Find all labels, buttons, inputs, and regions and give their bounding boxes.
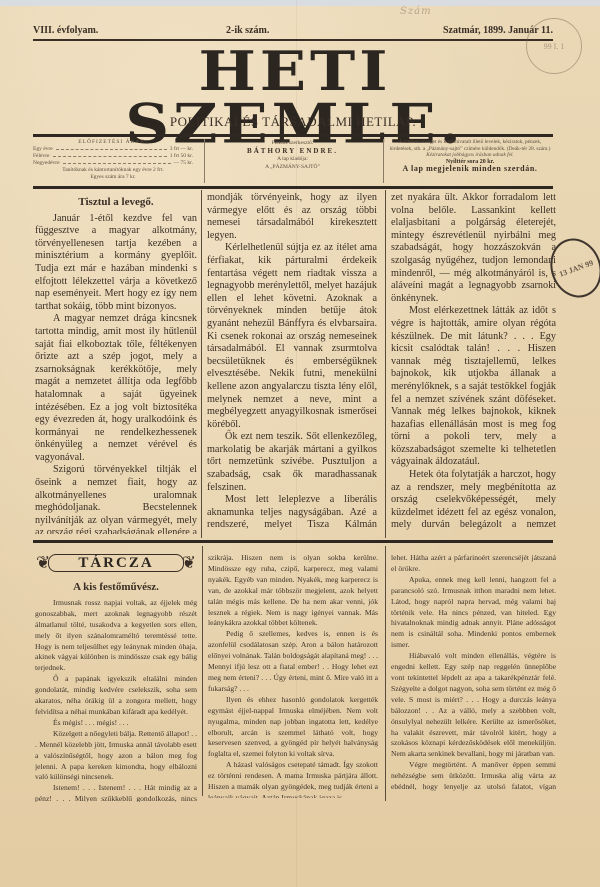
rule [33, 186, 553, 189]
issue-line: VIII. évfolyam. 2-ik szám. Szatmár, 1899… [33, 25, 553, 37]
feuilleton-column-1: A kis festőművész. Irmusnak rossz napjai… [35, 582, 197, 802]
publication-day: A lap megjelenik minden szerdán. [387, 166, 553, 173]
paragraph: Hiábavaló volt minden ellenállás, végtér… [391, 651, 556, 760]
scan-top-edge [0, 0, 600, 6]
paragraph: Apuka, ennek meg kell lenni, hangzott fe… [391, 575, 556, 651]
subscription-heading: ELŐFIZETÉSI ÁRAK: [33, 139, 193, 146]
paragraph: zet nyakára ült. Akkor forradalom lett v… [391, 192, 556, 305]
notice-box: A szerkesztőséget és kiadóhivatalt illet… [387, 139, 553, 183]
paragraph: Pedig ő szellemes, kedves is, ennen is é… [208, 629, 378, 694]
paragraph: Közelgett a nőegyleti bálja. Rettentő ál… [35, 729, 197, 784]
paragraph: mondják törvényeink, hogy az ilyen várme… [207, 192, 377, 242]
paragraph: Ők ezt nem teszik. Sőt ellenkezőleg, mar… [207, 431, 377, 494]
article-column-2: mondják törvényeink, hogy az ilyen várme… [207, 192, 377, 532]
paragraph: Kérlelhetlenül sújtja ez az ítélet ama f… [207, 242, 377, 431]
publisher-label: A lap kiadója: [205, 155, 380, 163]
editor-label: Felelős szerkesztő: [205, 139, 380, 147]
rule [33, 540, 553, 543]
paragraph: A magyar nemzet drága kincsnek tartotta … [35, 313, 197, 464]
single-copy-price: Egyes szám ára 7 kr. [33, 174, 193, 181]
price-row: Egy évre3 frt — kr. [33, 146, 193, 153]
paragraph: A házasl valóságos csetepaté támadt. Így… [208, 760, 378, 798]
editor-name: BÁTHORY ENDRE. [205, 147, 380, 155]
issue-number: 2-ik szám. [226, 25, 269, 36]
volume: VIII. évfolyam. [33, 25, 98, 36]
paragraph: Ő a papának igyekszik eltalálni minden g… [35, 674, 197, 718]
paragraph: Istenem! . . . Istenem! . . . Hát mindig… [35, 783, 197, 802]
price-row: Félévre1 frt 50 kr. [33, 153, 193, 160]
column-divider [202, 546, 203, 796]
paragraph: Végre megtörtént. A manőver éppen semmi … [391, 760, 556, 793]
feuilleton-title: A kis festőművész. [35, 582, 197, 593]
masthead-title: HETI SZEMLE. [55, 45, 535, 98]
column-divider [385, 190, 386, 538]
paragraph: Szigorú törvényekkel tiltják el őseink a… [35, 464, 197, 534]
paragraph: Január 1-étől kezdve fel van függesztve … [35, 213, 197, 314]
section-label: TÁRCZA [48, 554, 184, 572]
article-column-3: zet nyakára ült. Akkor forradalom lett v… [391, 192, 556, 532]
paragraph: És mégis! . . . mégis! . . . [35, 718, 197, 729]
rule [33, 134, 553, 137]
feuilleton-column-2: szikrája. Hiszen nem is olyan sokba kerü… [208, 553, 378, 798]
subscription-box: ELŐFIZETÉSI ÁRAK: Egy évre3 frt — kr. Fé… [33, 139, 193, 183]
article-title: Tisztul a levegő. [35, 196, 197, 209]
divider [383, 139, 384, 183]
paragraph: lehet. Hátha azért a párfarinoért szeren… [391, 553, 556, 575]
feuilleton-section-header: ❦ TÁRCZA ❦ [36, 551, 196, 577]
paragraph: Ilyen és ehhez hasonló gondolatok kerget… [208, 695, 378, 760]
handwritten-note: Szám [400, 6, 432, 17]
column-divider [385, 546, 386, 801]
publisher-name: A „PÁZMÁNY-SAJTÓ” [205, 163, 380, 171]
editorial-box: Felelős szerkesztő: BÁTHORY ENDRE. A lap… [205, 139, 380, 183]
article-column-1: Tisztul a levegő. Január 1-étől kezdve f… [35, 194, 197, 534]
newspaper-page: Szám VIII. évfolyam. 2-ik szám. Szatmár,… [0, 0, 600, 887]
notice-text: A szerkesztőséget és kiadóhivatalt illet… [387, 139, 553, 152]
column-divider [201, 190, 202, 538]
feuilleton-column-3: lehet. Hátha azért a párfarinoért szeren… [391, 553, 556, 793]
paragraph: Hetek óta folytatják a harczot, hogy az … [391, 469, 556, 532]
paragraph: Most elérkezettnek látták az időt s végr… [391, 305, 556, 469]
paragraph: Irmusnak rossz napjai voltak, az éjjelek… [35, 598, 197, 674]
price-row: Negyedévre— 75 kr. [33, 160, 193, 167]
library-stamp: 99 I. 1 [526, 18, 582, 74]
paragraph: Most lett leleplezve a liberális aknamun… [207, 494, 377, 532]
teacher-note: Tanítóknak és kántortanítóknak egy évre … [33, 167, 193, 174]
ornament-icon: ❦ [182, 553, 196, 573]
paragraph: szikrája. Hiszen nem is olyan sokba kerü… [208, 553, 378, 629]
masthead-subtitle: POLITIKAI ÉS TÁRSADALMI HETILAP. [33, 114, 553, 130]
